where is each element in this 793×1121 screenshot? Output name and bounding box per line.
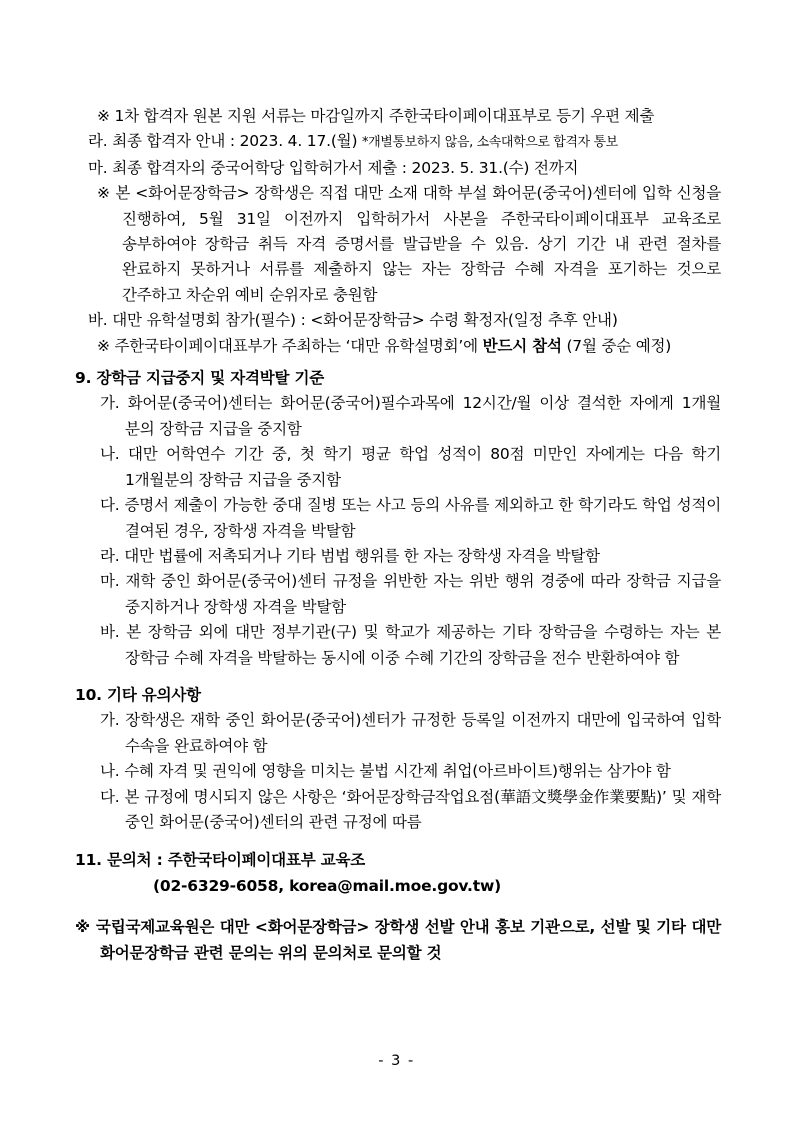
section9-title: 9. 장학금 지급중지 및 자격박탈 기준	[75, 366, 721, 391]
closing-note: ※ 국립국제교육원은 대만 <화어문장학금> 장학생 선발 안내 홍보 기관으로…	[75, 915, 721, 966]
section11-title: 11. 문의처 : 주한국타이페이대표부 교육조	[75, 848, 721, 873]
section10-item-da: 다. 본 규정에 명시되지 않은 사항은 ‘화어문장학금작업요점(華語文獎學金作…	[75, 785, 721, 836]
note-original-documents: ※ 1차 합격자 원본 지원 서류는 마감일까지 주한국타이페이대표부로 등기 …	[75, 104, 721, 129]
section10-item-ga: 가. 장학생은 재학 중인 화어문(중국어)센터가 규정한 등록일 이전까지 대…	[75, 708, 721, 759]
item-study-fair-participation: 바. 대만 유학설명회 참가(필수) : <화어문장학금> 수령 확정자(일정 …	[75, 308, 721, 333]
section9-item-ma: 마. 재학 중인 화어문(중국어)센터 규정을 위반한 자는 위반 행위 경중에…	[75, 569, 721, 620]
section9-item-ba: 바. 본 장학금 외에 대만 정부기관(구) 및 학교가 제공하는 기타 장학금…	[75, 620, 721, 671]
section10-title: 10. 기타 유의사항	[75, 683, 721, 708]
section10-item-na: 나. 수혜 자격 및 권익에 영향을 미치는 불법 시간제 취업(아르바이트)행…	[75, 759, 721, 784]
note-fair-attendance-required: ※ 주한국타이페이대표부가 주최하는 ‘대만 유학설명회’에 반드시 참석 (7…	[75, 334, 721, 359]
item-admission-letter-submit: 마. 최종 합격자의 중국어학당 입학허가서 제출 : 2023. 5. 31.…	[75, 156, 721, 181]
section9-item-na: 나. 대만 어학연수 기간 중, 첫 학기 평균 학업 성적이 80점 미만인 …	[75, 442, 721, 493]
page-number: - 3 -	[0, 1053, 793, 1069]
note-fair-pre: ※ 주한국타이페이대표부가 주최하는 ‘대만 유학설명회’에	[97, 337, 483, 355]
item-final-pass-announcement: 라. 최종 합격자 안내 : 2023. 4. 17.(월) *개별통보하지 않…	[75, 129, 721, 155]
document-page: ※ 1차 합격자 원본 지원 서류는 마감일까지 주한국타이페이대표부로 등기 …	[0, 0, 793, 1121]
section9-item-ga: 가. 화어문(중국어)센터는 화어문(중국어)필수과목에 12시간/월 이상 결…	[75, 391, 721, 442]
section9-item-da: 다. 증명서 제출이 가능한 중대 질병 또는 사고 등의 사유를 제외하고 한…	[75, 493, 721, 544]
document-body: ※ 1차 합격자 원본 지원 서류는 마감일까지 주한국타이페이대표부로 등기 …	[75, 104, 721, 966]
item-final-pass-main: 라. 최종 합격자 안내 : 2023. 4. 17.(월)	[88, 132, 362, 150]
note-fair-bold: 반드시 참석	[483, 337, 562, 355]
section11-contact-info: (02-6329-6058, korea@mail.moe.gov.tw)	[75, 874, 721, 899]
section9-item-ra: 라. 대만 법률에 저촉되거나 기타 범법 행위를 한 자는 장학생 자격을 박…	[75, 544, 721, 569]
note-admission-procedure: ※ 본 <화어문장학금> 장학생은 직접 대만 소재 대학 부설 화어문(중국어…	[75, 181, 721, 308]
note-fair-post: (7월 중순 예정)	[562, 337, 671, 355]
item-final-pass-small-note: *개별통보하지 않음, 소속대학으로 합격자 통보	[362, 135, 618, 150]
